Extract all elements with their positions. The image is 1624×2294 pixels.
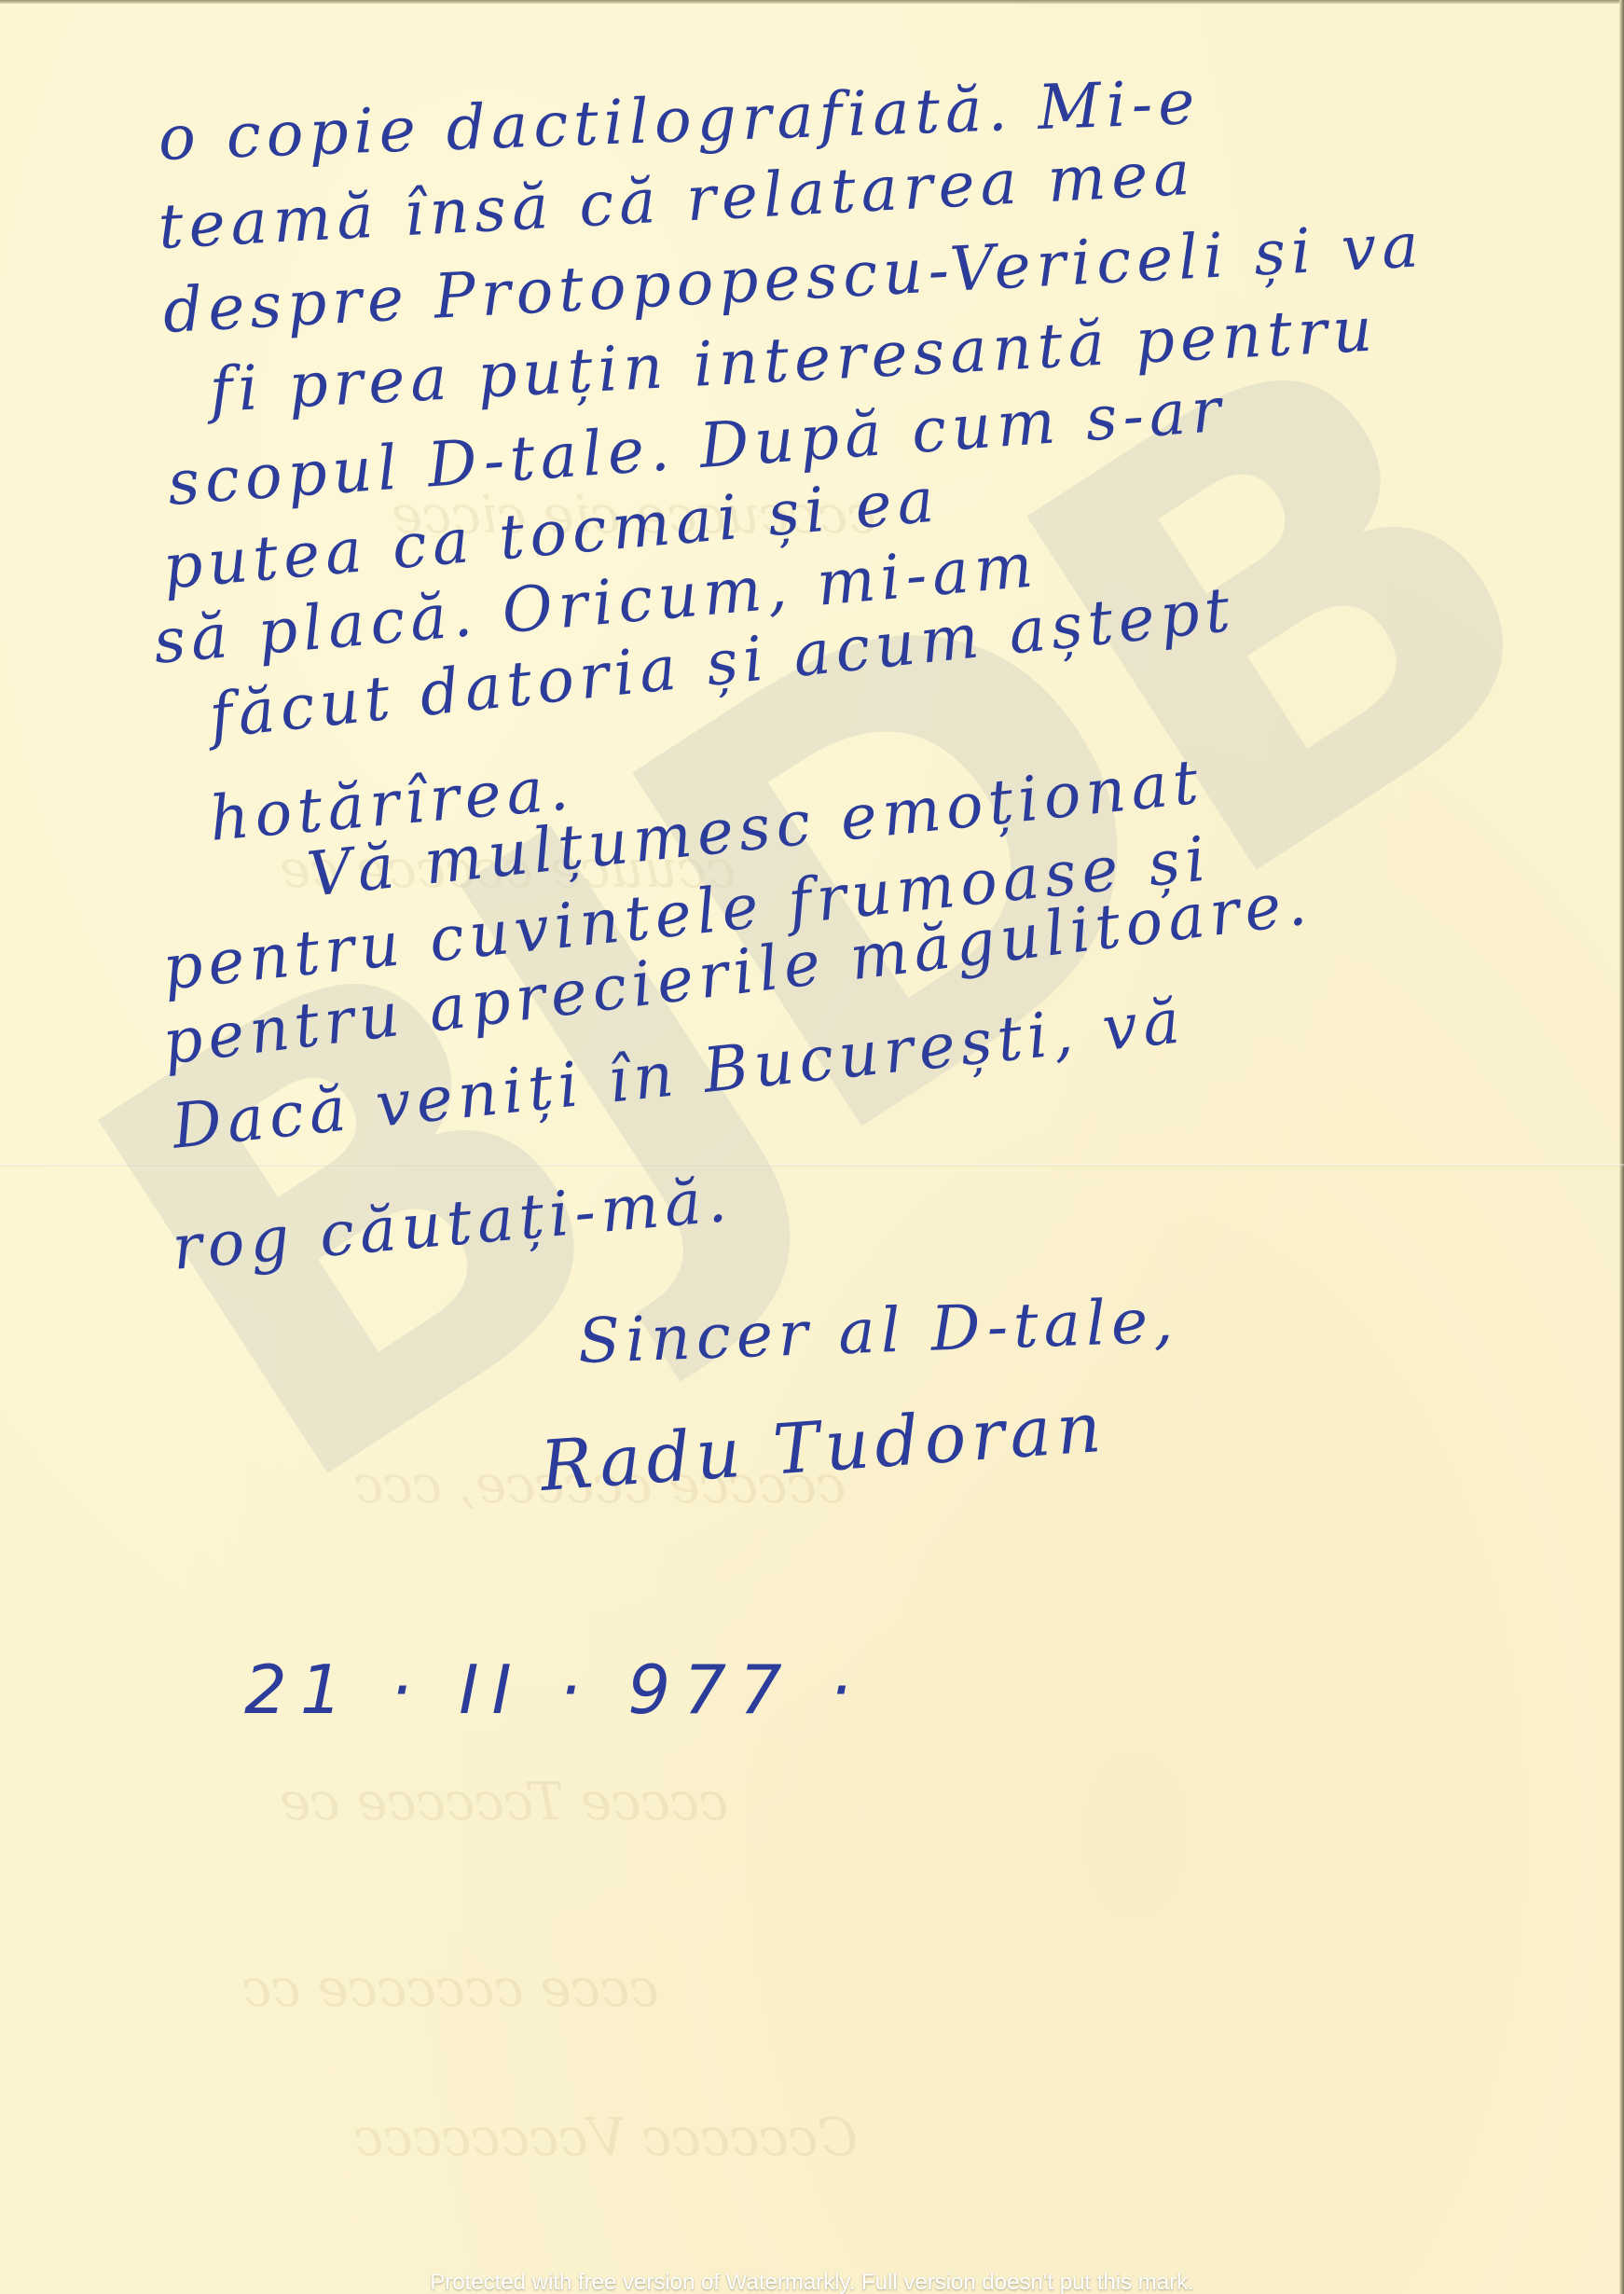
letter-paper: ccccucce cie cicce ccuuce ccccce ce cccc… [0, 0, 1624, 2294]
watermarkly-footer: Protected with free version of Watermark… [0, 2270, 1624, 2294]
letter-signature: Radu Tudoran [538, 1388, 1109, 1507]
letter-line: rog căutați-mă. [170, 1164, 735, 1284]
letter-body: o copie dactilografiată. Mi-e teamă însă… [0, 0, 1624, 2294]
letter-closing: Sincer al D-tale, [577, 1285, 1180, 1377]
letter-date: 21 · II · 977 · [244, 1651, 864, 1729]
